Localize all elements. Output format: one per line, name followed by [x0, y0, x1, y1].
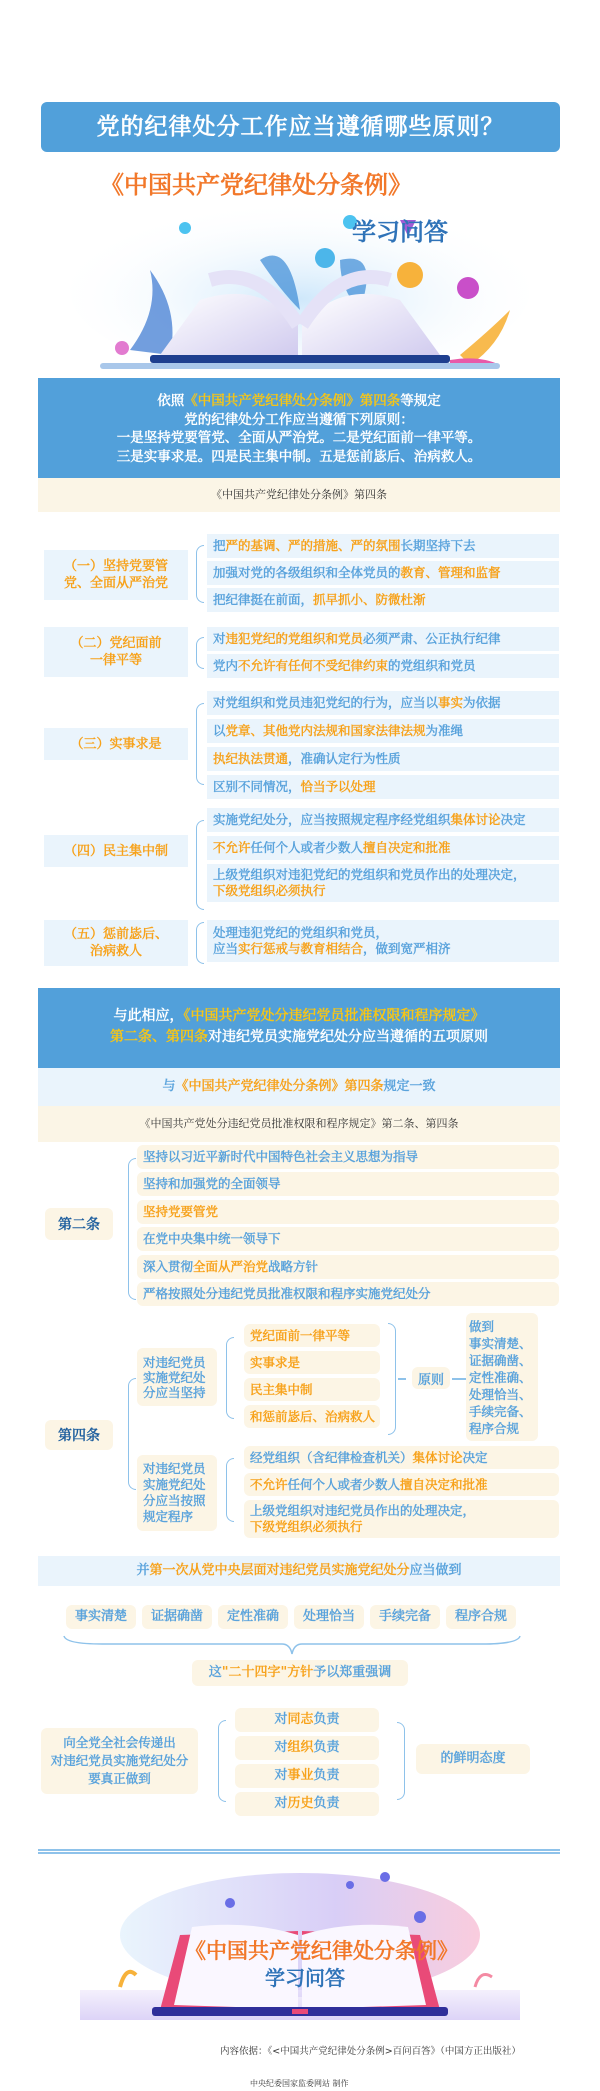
- item-text: 党内不允许有任何不受纪律约束的党组织和党员: [213, 658, 559, 674]
- emphasis-box: 这"二十四字"方针予以郑重强调: [192, 1660, 408, 1686]
- item-text: 对违犯党纪的党组织和党员必须严肃、公正执行纪律: [213, 631, 559, 647]
- brace-icon: [388, 1323, 396, 1435]
- item-text: 坚持和加强党的全面领导: [143, 1176, 559, 1192]
- result-line: 处理恰当、: [469, 1386, 538, 1403]
- principle-item: 实施党纪处分，应当按照规定程序经党组织集体讨论决定: [207, 808, 559, 832]
- principle-pill: 处理恰当: [294, 1605, 364, 1629]
- principle-item: 把严的基调、严的措施、严的氛围长期坚持下去: [207, 534, 559, 558]
- article4-group1-label: 对违纪党员 实施党纪处 分应当坚持: [137, 1348, 217, 1406]
- result-line: 做到: [469, 1318, 538, 1335]
- item-text: 加强对党的各级组织和全体党员的教育、管理和监督: [213, 565, 559, 581]
- principle-pill: 事实清楚: [66, 1605, 136, 1629]
- article4-procedure: 不允许任何个人或者少数人擅自决定和批准: [244, 1473, 559, 1496]
- item-text: 实施党纪处分，应当按照规定程序经党组织集体讨论决定: [213, 812, 559, 828]
- item-text: 在党中央集中统一领导下: [143, 1231, 559, 1247]
- brace-bottom-icon: [62, 1634, 522, 1656]
- principle-label-line: 党、全面从严治党: [64, 575, 168, 592]
- footer-book-title: 《中国共产党纪律处分条例》: [185, 1935, 458, 1965]
- brace-icon: [128, 1158, 136, 1300]
- principle-pill: 证据确凿: [142, 1605, 212, 1629]
- item-text: 应当实行惩戒与教育相结合，做到宽严相济: [213, 941, 559, 957]
- attitude-left-line: 要真正做到: [41, 1770, 198, 1788]
- principle-item: 加强对党的各级组织和全体党员的教育、管理和监督: [207, 561, 559, 585]
- principle-item: 把纪律挺在前面，抓早抓小、防微杜渐: [207, 588, 559, 612]
- divider: [38, 1849, 560, 1854]
- intro-text: 依照: [157, 393, 184, 409]
- brace-icon: [196, 545, 204, 603]
- brace-icon: [226, 1458, 234, 1522]
- section2-text: 对违纪党员实施党纪处分应当遵循的五项原则: [208, 1029, 488, 1045]
- item-text: 不允许任何个人或者少数人擅自决定和批准: [213, 840, 559, 856]
- item-text: 下级党组织必须执行: [213, 883, 559, 899]
- section2-text: 与此相应，: [114, 1008, 184, 1024]
- source-citation: 《中国共产党纪律处分条例》第四条: [38, 478, 560, 512]
- connector-line: [398, 1378, 406, 1380]
- article2-label: 第二条: [45, 1208, 113, 1240]
- article4-procedure: 上级党组织对违纪党员作出的处理决定，下级党组织必须执行: [244, 1500, 559, 1538]
- article4-result: 做到 事实清楚、 证据确凿、 定性准确、 处理恰当、 手续完备、 程序合规: [466, 1313, 538, 1441]
- section2-sub-text: 与: [162, 1079, 175, 1094]
- intro-text: 一是坚持党要管党、全面从严治党。二是党纪面前一律平等。: [38, 429, 560, 448]
- brace-icon: [218, 1720, 226, 1802]
- principle-label: （一）坚持党要管 党、全面从严治党: [44, 550, 188, 600]
- section2-header: 与此相应，《中国共产党处分违纪党员批准权限和程序规定》 第二条、第四条对违纪党员…: [38, 988, 560, 1068]
- article2-item: 深入贯彻全面从严治党战略方针: [137, 1255, 559, 1279]
- article2-item: 严格按照处分违纪党员批准权限和程序实施党纪处分: [137, 1282, 559, 1306]
- principle-label: （三）实事求是: [44, 728, 188, 760]
- item-text: 区别不同情况，恰当予以处理: [213, 779, 559, 795]
- principle-label-line: 一律平等: [90, 652, 142, 669]
- responsibility-item: 对同志负责: [235, 1708, 379, 1732]
- item-text: 把纪律挺在前面，抓早抓小、防微杜渐: [213, 592, 559, 608]
- group-label-line: 实施党纪处: [143, 1370, 217, 1385]
- item-text: 不允许任何个人或者少数人擅自决定和批准: [250, 1477, 559, 1493]
- footer-subtitle: 学习问答: [265, 1962, 345, 1991]
- item-text: 上级党组织对违纪党员作出的处理决定，: [250, 1503, 559, 1519]
- principle-label-line: （五）惩前毖后、: [64, 926, 168, 943]
- principle-item: 区别不同情况，恰当予以处理: [207, 775, 559, 799]
- principle-label-line: （四）民主集中制: [64, 843, 168, 860]
- article2-item: 坚持和加强党的全面领导: [137, 1172, 559, 1196]
- intro-panel: 依照《中国共产党纪律处分条例》第四条等规定 党的纪律处分工作应当遵循下列原则： …: [38, 378, 560, 478]
- brace-icon: [196, 820, 204, 910]
- attitude-left-line: 对违纪党员实施党纪处分: [41, 1752, 198, 1770]
- principle-label: （四）民主集中制: [44, 835, 188, 867]
- item-text: 以党章、其他党内法规和国家法律法规为准绳: [213, 723, 559, 739]
- brace-icon: [226, 1337, 234, 1419]
- principle-item: 对违犯党纪的党组织和党员必须严肃、公正执行纪律: [207, 627, 559, 651]
- section2-sub-text: 规定一致: [384, 1079, 436, 1094]
- item-text: 把严的基调、严的措施、严的氛围长期坚持下去: [213, 538, 559, 554]
- source-citation: 《中国共产党处分违纪党员批准权限和程序规定》第二条、第四条: [38, 1106, 560, 1142]
- responsibility-item: 对组织负责: [235, 1736, 379, 1760]
- item-text: 下级党组织必须执行: [250, 1519, 559, 1535]
- intro-text: 党的纪律处分工作应当遵循下列原则：: [38, 411, 560, 430]
- group-label-line: 规定程序: [143, 1509, 217, 1525]
- hero-subtitle: 学习问答: [352, 212, 448, 247]
- principle-item: 不允许任何个人或者少数人擅自决定和批准: [207, 836, 559, 860]
- content-source: 内容依据：《<中国共产党纪律处分条例>百问百答》（中国方正出版社）: [220, 2043, 521, 2057]
- responsibility-item: 对历史负责: [235, 1792, 379, 1816]
- item-text: 对党组织和党员违犯党纪的行为，应当以事实为依据: [213, 695, 559, 711]
- producer-credit: 中央纪委国家监委网站 制作: [250, 2078, 349, 2089]
- principle-tag: 原则: [412, 1367, 450, 1389]
- article2-item: 坚持以习近平新时代中国特色社会主义思想为指导: [137, 1145, 559, 1169]
- intro-text: 等规定: [400, 393, 441, 409]
- emphasis-text: 这: [209, 1665, 222, 1680]
- attitude-left: 向全党全社会传递出 对违纪党员实施党纪处分 要真正做到: [41, 1728, 198, 1794]
- brace-icon: [196, 922, 204, 964]
- principle-item: 上级党组织对违犯党纪的党组织和党员作出的处理决定，下级党组织必须执行: [207, 864, 559, 902]
- section2-subheader: 与《中国共产党纪律处分条例》第四条规定一致: [38, 1068, 560, 1106]
- result-line: 证据确凿、: [469, 1352, 538, 1369]
- article4-principle: 党纪面前一律平等: [244, 1324, 380, 1347]
- principle-item: 对党组织和党员违犯党纪的行为，应当以事实为依据: [207, 691, 559, 715]
- banner-highlight: 第一次从党中央层面对违纪党员实施党纪处分: [149, 1563, 409, 1578]
- article4-principle: 实事求是: [244, 1351, 380, 1374]
- banner-text: 并: [136, 1563, 149, 1578]
- group-label-line: 对违纪党员: [143, 1355, 217, 1370]
- emphasis-highlight: "二十四字"方针: [222, 1665, 314, 1680]
- item-text: 上级党组织对违犯党纪的党组织和党员作出的处理决定，: [213, 867, 559, 883]
- group-label-line: 分应当按照: [143, 1493, 217, 1509]
- result-line: 定性准确、: [469, 1369, 538, 1386]
- principle-label-line: （二）党纪面前: [70, 635, 161, 652]
- page-title: 党的纪律处分工作应当遵循哪些原则？: [41, 102, 560, 152]
- section2-sub-highlight: 《中国共产党纪律处分条例》第四条: [175, 1079, 383, 1094]
- center-level-banner: 并第一次从党中央层面对违纪党员实施党纪处分应当做到: [38, 1556, 560, 1586]
- item-text: 坚持党要管党: [143, 1204, 559, 1220]
- result-line: 手续完备、: [469, 1403, 538, 1420]
- principle-pill: 程序合规: [446, 1605, 516, 1629]
- banner-text: 应当做到: [410, 1563, 462, 1578]
- hero-book-title: 《中国共产党纪律处分条例》: [100, 165, 412, 200]
- result-line: 事实清楚、: [469, 1335, 538, 1352]
- brace-icon: [196, 703, 204, 785]
- brace-icon: [196, 637, 204, 669]
- intro-text: 三是实事求是。四是民主集中制。五是惩前毖后、治病救人。: [38, 448, 560, 467]
- article4-label: 第四条: [45, 1420, 113, 1450]
- brace-icon: [397, 1722, 405, 1800]
- principle-label: （五）惩前毖后、 治病救人: [44, 920, 188, 966]
- item-text: 严格按照处分违纪党员批准权限和程序实施党纪处分: [143, 1286, 559, 1302]
- group-label-line: 对违纪党员: [143, 1461, 217, 1477]
- item-text: 处理违犯党纪的党组织和党员，: [213, 925, 559, 941]
- principle-item: 处理违犯党纪的党组织和党员，应当实行惩戒与教育相结合，做到宽严相济: [207, 920, 559, 962]
- responsibility-item: 对事业负责: [235, 1764, 379, 1788]
- section2-highlight: 第二条、第四条: [110, 1029, 208, 1045]
- article2-item: 坚持党要管党: [137, 1200, 559, 1224]
- item-text: 深入贯彻全面从严治党战略方针: [143, 1259, 559, 1275]
- section2-highlight: 《中国共产党处分违纪党员批准权限和程序规定》: [184, 1008, 485, 1024]
- attitude-right: 的鲜明态度: [416, 1744, 530, 1774]
- group-label-line: 实施党纪处: [143, 1477, 217, 1493]
- brace-icon: [128, 1378, 136, 1490]
- connector-line: [452, 1378, 466, 1380]
- article4-procedure: 经党组织（含纪律检查机关）集体讨论决定: [244, 1446, 559, 1469]
- article4-group2-label: 对违纪党员 实施党纪处 分应当按照 规定程序: [137, 1455, 217, 1531]
- principle-item: 党内不允许有任何不受纪律约束的党组织和党员: [207, 654, 559, 678]
- principle-label-line: （一）坚持党要管: [64, 558, 168, 575]
- item-text: 执纪执法贯通，准确认定行为性质: [213, 751, 559, 767]
- item-text: 坚持以习近平新时代中国特色社会主义思想为指导: [143, 1149, 559, 1165]
- principle-pill: 定性准确: [218, 1605, 288, 1629]
- principle-item: 执纪执法贯通，准确认定行为性质: [207, 747, 559, 771]
- principle-label: （二）党纪面前 一律平等: [44, 627, 188, 677]
- article4-principle: 和惩前毖后、治病救人: [244, 1405, 380, 1428]
- emphasis-text: 予以郑重强调: [313, 1665, 391, 1680]
- principle-label-line: 治病救人: [90, 943, 142, 960]
- group-label-line: 分应当坚持: [143, 1385, 217, 1400]
- article4-principle: 民主集中制: [244, 1378, 380, 1401]
- intro-highlight: 《中国共产党纪律处分条例》第四条: [184, 393, 400, 409]
- item-text: 经党组织（含纪律检查机关）集体讨论决定: [250, 1450, 559, 1466]
- article2-item: 在党中央集中统一领导下: [137, 1227, 559, 1251]
- principle-label-line: （三）实事求是: [70, 736, 161, 753]
- principle-item: 以党章、其他党内法规和国家法律法规为准绳: [207, 719, 559, 743]
- result-line: 程序合规: [469, 1420, 538, 1437]
- principle-pill: 手续完备: [370, 1605, 440, 1629]
- attitude-left-line: 向全党全社会传递出: [41, 1734, 198, 1752]
